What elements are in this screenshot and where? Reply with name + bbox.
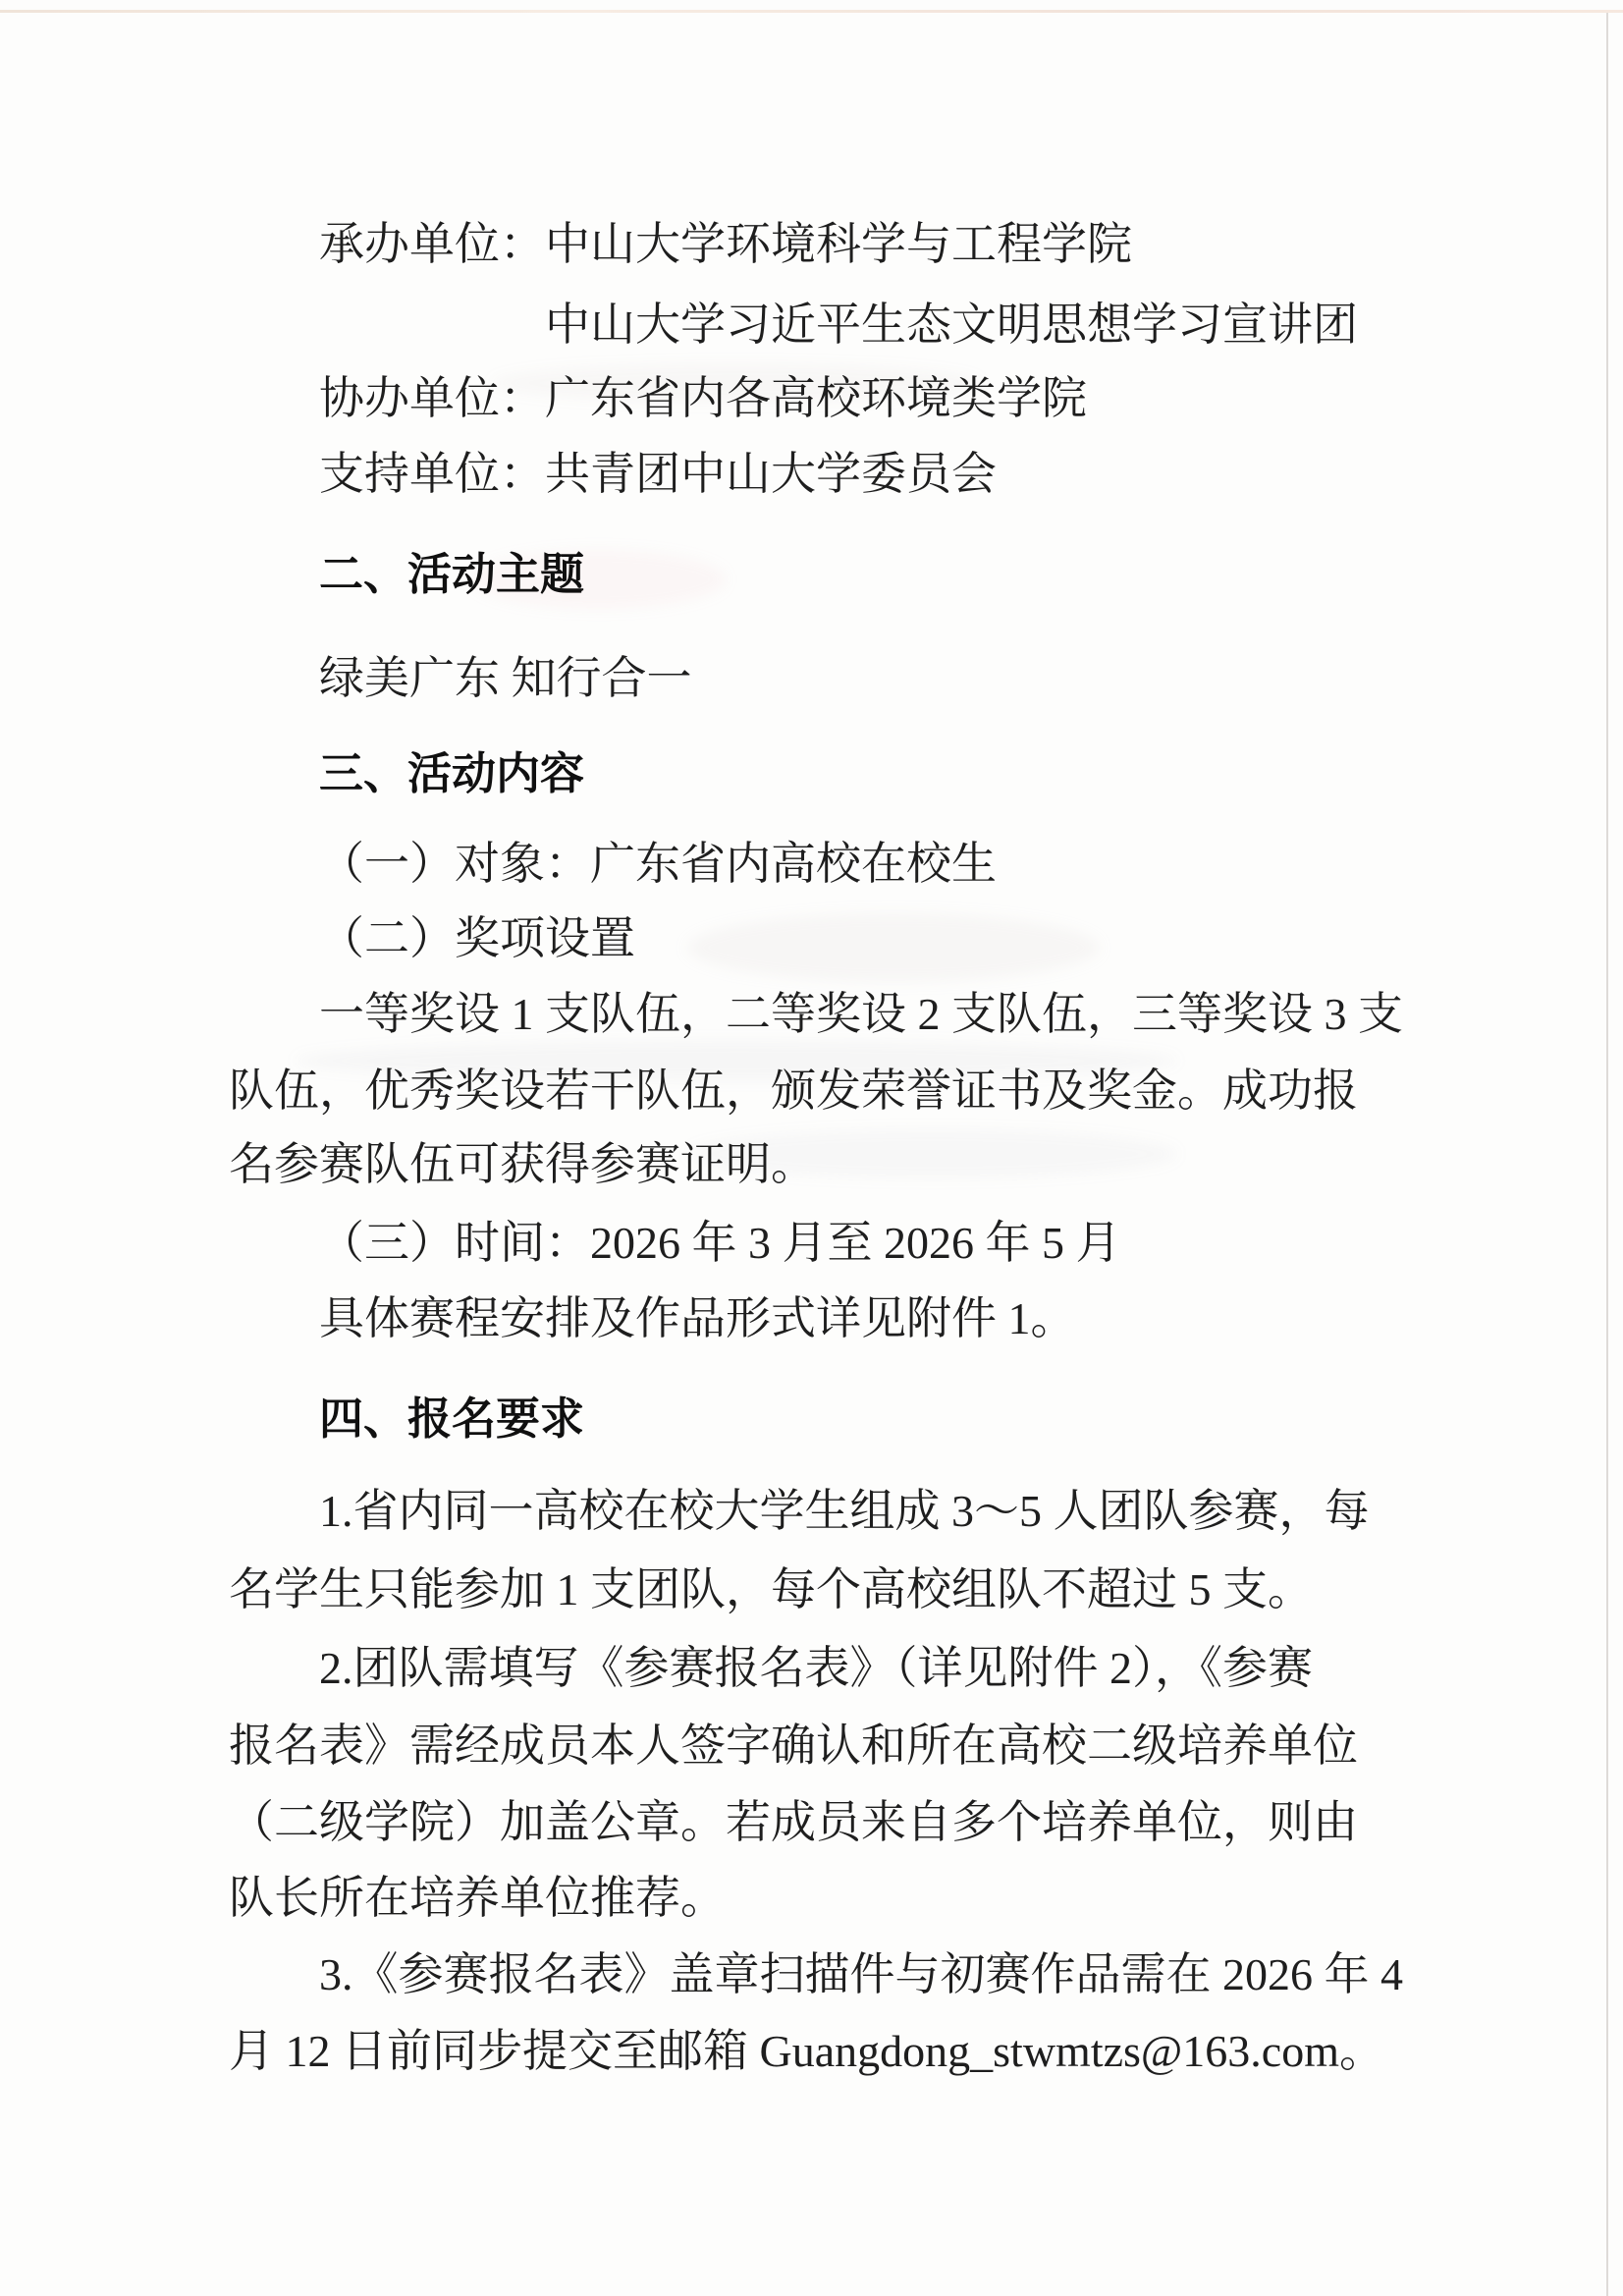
requirement-1-line-1: 1.省内同一高校在校大学生组成 3～5 人团队参赛，每 [319, 1485, 1370, 1538]
scan-smudge [687, 913, 1100, 982]
scanned-document-page: 承办单位：中山大学环境科学与工程学院 中山大学习近平生态文明思想学习宣讲团 协办… [0, 0, 1623, 2296]
awards-item-title: （二）奖项设置 [319, 912, 635, 965]
awards-paragraph-line-3: 名参赛队伍可获得参赛证明。 [229, 1138, 816, 1191]
requirement-3-line-1: 3.《参赛报名表》盖章扫描件与初赛作品需在 2026 年 4 [319, 1948, 1403, 2001]
host-unit-line-2: 中山大学习近平生态文明思想学习宣讲团 [545, 299, 1358, 352]
requirement-2-line-1: 2.团队需填写《参赛报名表》（详见附件 2），《参赛 [319, 1642, 1313, 1695]
requirement-2-line-4: 队长所在培养单位推荐。 [229, 1872, 726, 1925]
requirement-1-line-2: 名学生只能参加 1 支团队，每个高校组队不超过 5 支。 [229, 1563, 1313, 1616]
heading-registration-requirements: 四、报名要求 [319, 1393, 584, 1446]
co-organizer-line: 协办单位：广东省内各高校环境类学院 [319, 372, 1087, 425]
awards-paragraph-line-1: 一等奖设 1 支队伍，二等奖设 2 支队伍，三等奖设 3 支 [319, 988, 1403, 1041]
scan-edge-top [0, 10, 1623, 13]
requirement-2-line-3: （二级学院）加盖公章。若成员来自多个培养单位，则由 [229, 1796, 1358, 1849]
awards-paragraph-line-2: 队伍，优秀奖设若干队伍，颁发荣誉证书及奖金。成功报 [229, 1065, 1358, 1118]
schedule-note: 具体赛程安排及作品形式详见附件 1。 [319, 1292, 1076, 1345]
time-item: （三）时间：2026 年 3 月至 2026 年 5 月 [319, 1217, 1121, 1270]
requirement-2-line-2: 报名表》需经成员本人签字确认和所在高校二级培养单位 [229, 1720, 1358, 1773]
scan-edge-right [1606, 13, 1608, 2296]
host-unit-line-1: 承办单位：中山大学环境科学与工程学院 [319, 218, 1132, 271]
requirement-3-line-2: 月 12 日前同步提交至邮箱 Guangdong_stwmtzs@163.com… [229, 2025, 1384, 2078]
target-item: （一）对象：广东省内高校在校生 [319, 838, 997, 891]
heading-activity-theme: 二、活动主题 [319, 548, 584, 601]
heading-activity-content: 三、活动内容 [319, 747, 584, 800]
theme-text: 绿美广东 知行合一 [319, 652, 692, 705]
supporter-line: 支持单位：共青团中山大学委员会 [319, 448, 997, 501]
